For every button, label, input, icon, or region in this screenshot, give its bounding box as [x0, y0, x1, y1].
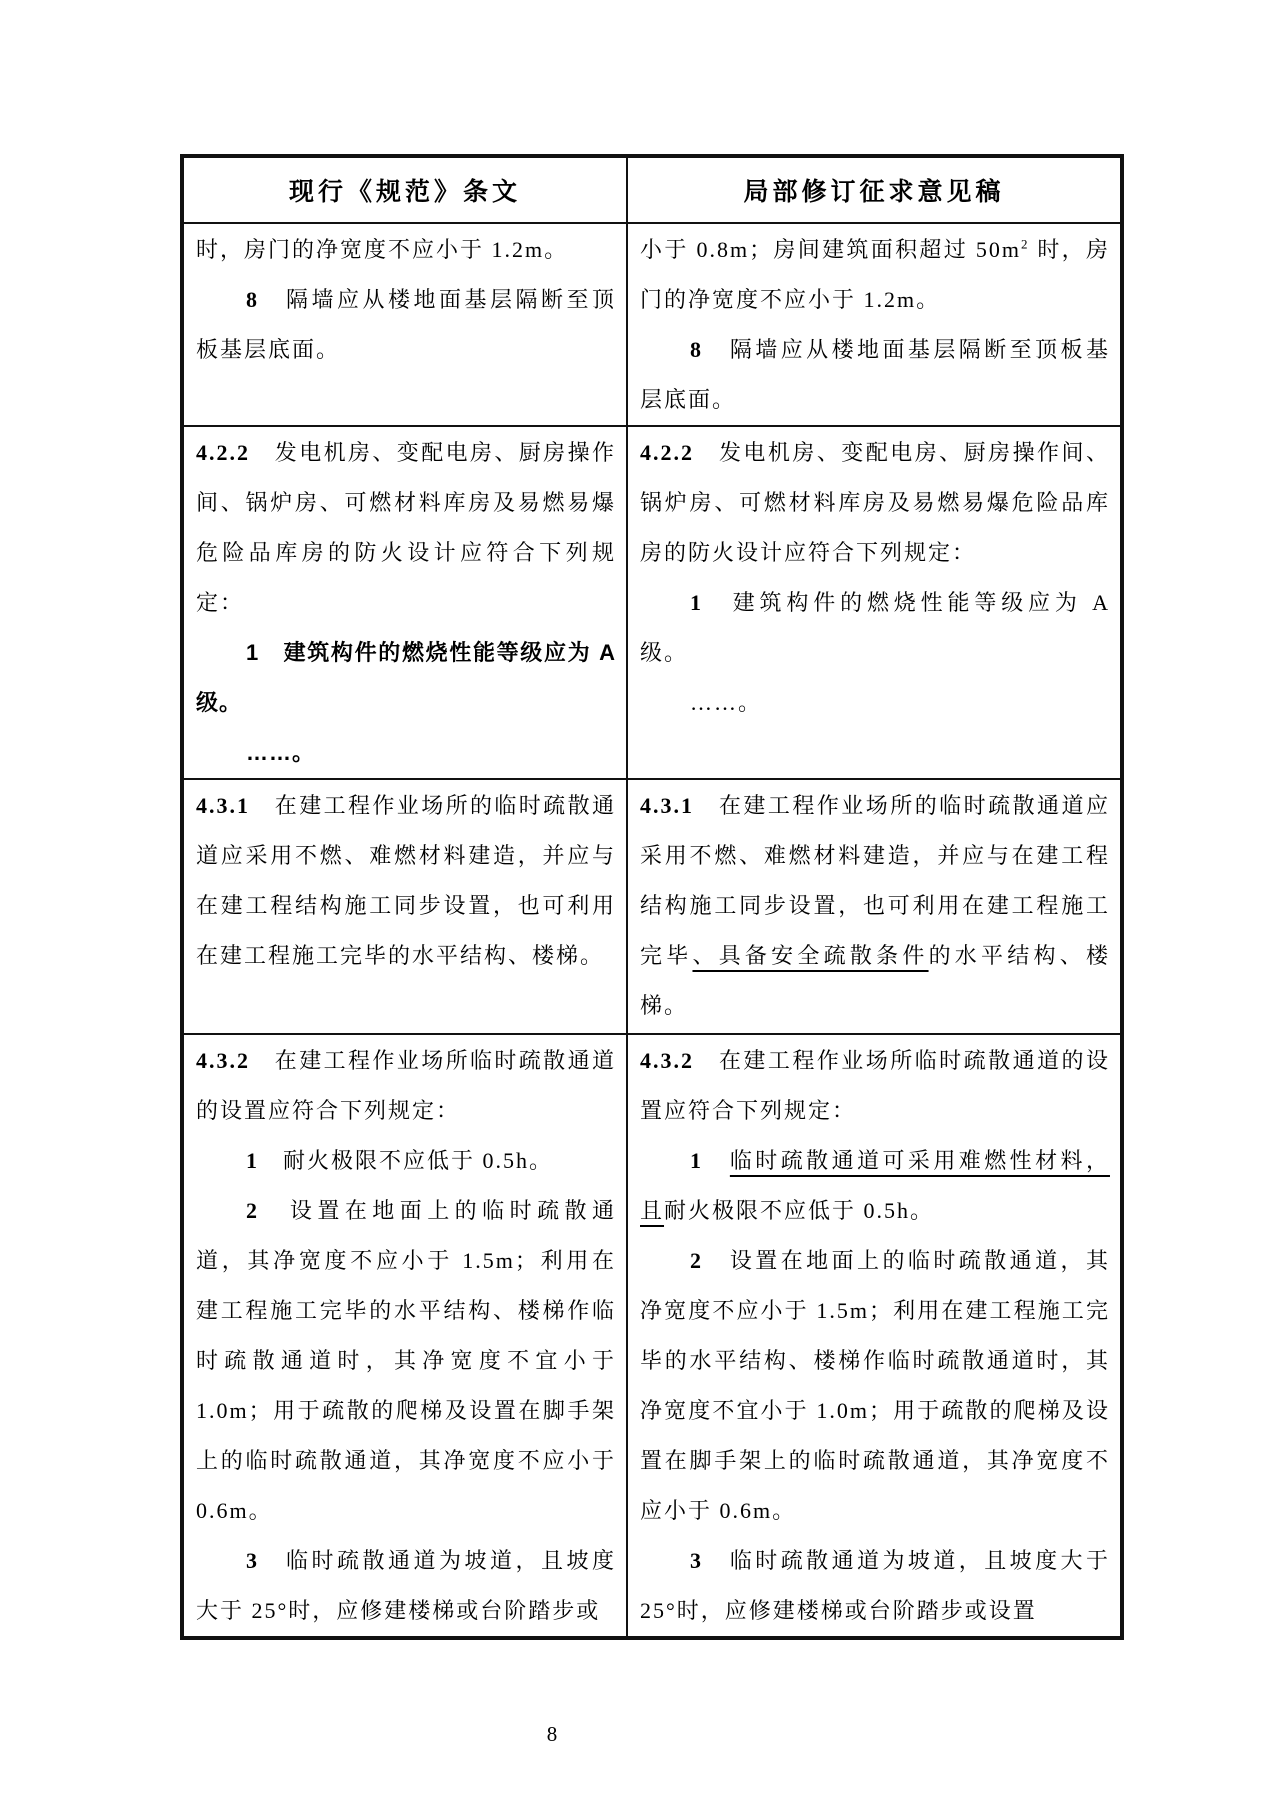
text-run: 8 — [246, 287, 259, 312]
text-run: 1 建筑构件的燃烧性能等级应为 A 级。 — [196, 640, 616, 715]
table-row: 4.3.2 在建工程作业场所临时疏散通道的设置应符合下列规定：1 耐火极限不应低… — [182, 1034, 1122, 1638]
text-run: 、具备安全疏散条件 — [692, 943, 928, 968]
cell-row2-current: 4.2.2 发电机房、变配电房、厨房操作间、锅炉房、可燃材料库房及易燃易爆危险品… — [182, 426, 627, 779]
text-run: 隔墙应从楼地面基层隔断至顶板基层底面。 — [196, 287, 616, 362]
text-run: 在建工程作业场所的临时疏散通道应采用不燃、难燃材料建造，并应与在建工程结构施工同… — [196, 793, 616, 968]
code-comparison-table: 现行《规范》条文 局部修订征求意见稿 时，房门的净宽度不应小于 1.2m。8 隔… — [180, 154, 1124, 1640]
text-run: 设置在地面上的临时疏散通道，其净宽度不应小于 1.5m；利用在建工程施工完毕的水… — [196, 1198, 616, 1523]
paragraph: 3 临时疏散通道为坡道，且坡度大于 25°时，应修建楼梯或台阶踏步或设置 — [640, 1536, 1110, 1636]
header-row: 现行《规范》条文 局部修订征求意见稿 — [182, 156, 1122, 223]
text-run: 2 — [690, 1248, 703, 1273]
text-run: 临时疏散通道为坡道，且坡度大于 25°时，应修建楼梯或台阶踏步或 — [196, 1548, 616, 1623]
text-run: 发电机房、变配电房、厨房操作间、锅炉房、可燃材料库房及易燃易爆危险品库房的防火设… — [640, 440, 1110, 565]
paragraph: 4.3.2 在建工程作业场所临时疏散通道的设置应符合下列规定： — [196, 1036, 616, 1136]
text-run: ……。 — [690, 690, 762, 715]
text-run: 隔墙应从楼地面基层隔断至顶板基层底面。 — [640, 337, 1110, 412]
text-run: 1 — [246, 1148, 259, 1173]
text-run: 4.3.2 — [640, 1048, 694, 1073]
paragraph: 1 建筑构件的燃烧性能等级应为 A 级。 — [196, 628, 616, 728]
paragraph: 4.3.2 在建工程作业场所临时疏散通道的设置应符合下列规定： — [640, 1036, 1110, 1136]
paragraph: 8 隔墙应从楼地面基层隔断至顶板基层底面。 — [640, 325, 1110, 425]
text-run: 2 — [246, 1198, 259, 1223]
paragraph: 时，房门的净宽度不应小于 1.2m。 — [196, 225, 616, 275]
text-run: ……。 — [246, 740, 315, 765]
cell-row3-revision: 4.3.1 在建工程作业场所的临时疏散通道应采用不燃、难燃材料建造，并应与在建工… — [627, 779, 1122, 1034]
cell-row1-revision: 小于 0.8m；房间建筑面积超过 50m2 时，房门的净宽度不应小于 1.2m。… — [627, 223, 1122, 426]
text-run: 耐火极限不应低于 0.5h。 — [259, 1148, 553, 1173]
page-number: 8 — [0, 1722, 1104, 1747]
text-run: 发电机房、变配电房、厨房操作间、锅炉房、可燃材料库房及易燃易爆危险品库房的防火设… — [196, 440, 616, 615]
cell-row1-current: 时，房门的净宽度不应小于 1.2m。8 隔墙应从楼地面基层隔断至顶板基层底面。 — [182, 223, 627, 426]
text-run: 4.3.1 — [640, 793, 694, 818]
text-run: 8 — [690, 337, 703, 362]
column-header-revision-draft: 局部修订征求意见稿 — [627, 156, 1122, 223]
text-run: 在建工程作业场所的临时疏散通道应采用不燃、难燃材料建造，并应与在建工程结构施工同… — [640, 793, 1110, 968]
paragraph: 1 耐火极限不应低于 0.5h。 — [196, 1136, 616, 1186]
text-run: 小于 0.8m；房间建筑面积超过 50m — [640, 237, 1021, 262]
text-run: 4.2.2 — [640, 440, 694, 465]
document-page: 现行《规范》条文 局部修订征求意见稿 时，房门的净宽度不应小于 1.2m。8 隔… — [0, 0, 1280, 1810]
text-run: 3 — [690, 1548, 703, 1573]
paragraph: 1 建筑构件的燃烧性能等级应为 A 级。 — [640, 578, 1110, 678]
paragraph: 8 隔墙应从楼地面基层隔断至顶板基层底面。 — [196, 275, 616, 375]
text-run: 1 — [690, 1148, 703, 1173]
paragraph: ……。 — [640, 678, 1110, 728]
text-run: 建筑构件的燃烧性能等级应为 A 级。 — [640, 590, 1110, 665]
column-header-current-code: 现行《规范》条文 — [182, 156, 627, 223]
text-run: 在建工程作业场所临时疏散通道的设置应符合下列规定： — [196, 1048, 616, 1123]
text-run: 4.3.1 — [196, 793, 250, 818]
text-run: 设置在地面上的临时疏散通道，其净宽度不应小于 1.5m；利用在建工程施工完毕的水… — [640, 1248, 1110, 1523]
paragraph: 3 临时疏散通道为坡道，且坡度大于 25°时，应修建楼梯或台阶踏步或 — [196, 1536, 616, 1636]
paragraph: 4.3.1 在建工程作业场所的临时疏散通道应采用不燃、难燃材料建造，并应与在建工… — [196, 781, 616, 981]
paragraph: 小于 0.8m；房间建筑面积超过 50m2 时，房门的净宽度不应小于 1.2m。 — [640, 225, 1110, 325]
text-run: 3 — [246, 1548, 259, 1573]
paragraph: 4.2.2 发电机房、变配电房、厨房操作间、锅炉房、可燃材料库房及易燃易爆危险品… — [640, 428, 1110, 578]
paragraph: ……。 — [196, 728, 616, 778]
text-run: 4.3.2 — [196, 1048, 250, 1073]
text-run: 1 — [690, 590, 703, 615]
paragraph: 2 设置在地面上的临时疏散通道，其净宽度不应小于 1.5m；利用在建工程施工完毕… — [196, 1186, 616, 1536]
paragraph: 4.3.1 在建工程作业场所的临时疏散通道应采用不燃、难燃材料建造，并应与在建工… — [640, 781, 1110, 1031]
cell-row2-revision: 4.2.2 发电机房、变配电房、厨房操作间、锅炉房、可燃材料库房及易燃易爆危险品… — [627, 426, 1122, 779]
cell-row3-current: 4.3.1 在建工程作业场所的临时疏散通道应采用不燃、难燃材料建造，并应与在建工… — [182, 779, 627, 1034]
table-row: 4.2.2 发电机房、变配电房、厨房操作间、锅炉房、可燃材料库房及易燃易爆危险品… — [182, 426, 1122, 779]
cell-row4-revision: 4.3.2 在建工程作业场所临时疏散通道的设置应符合下列规定：1 临时疏散通道可… — [627, 1034, 1122, 1638]
paragraph: 2 设置在地面上的临时疏散通道，其净宽度不应小于 1.5m；利用在建工程施工完毕… — [640, 1236, 1110, 1536]
text-run — [703, 1148, 730, 1173]
paragraph: 4.2.2 发电机房、变配电房、厨房操作间、锅炉房、可燃材料库房及易燃易爆危险品… — [196, 428, 616, 628]
table-row: 4.3.1 在建工程作业场所的临时疏散通道应采用不燃、难燃材料建造，并应与在建工… — [182, 779, 1122, 1034]
table-row: 时，房门的净宽度不应小于 1.2m。8 隔墙应从楼地面基层隔断至顶板基层底面。 … — [182, 223, 1122, 426]
text-run: 2 — [1021, 237, 1030, 252]
text-run: 4.2.2 — [196, 440, 250, 465]
paragraph: 1 临时疏散通道可采用难燃性材料，且耐火极限不应低于 0.5h。 — [640, 1136, 1110, 1236]
cell-row4-current: 4.3.2 在建工程作业场所临时疏散通道的设置应符合下列规定：1 耐火极限不应低… — [182, 1034, 627, 1638]
text-run: 临时疏散通道为坡道，且坡度大于 25°时，应修建楼梯或台阶踏步或设置 — [640, 1548, 1110, 1623]
text-run: 在建工程作业场所临时疏散通道的设置应符合下列规定： — [640, 1048, 1110, 1123]
text-run: 耐火极限不应低于 0.5h。 — [664, 1198, 934, 1223]
text-run: 时，房门的净宽度不应小于 1.2m。 — [196, 237, 568, 262]
